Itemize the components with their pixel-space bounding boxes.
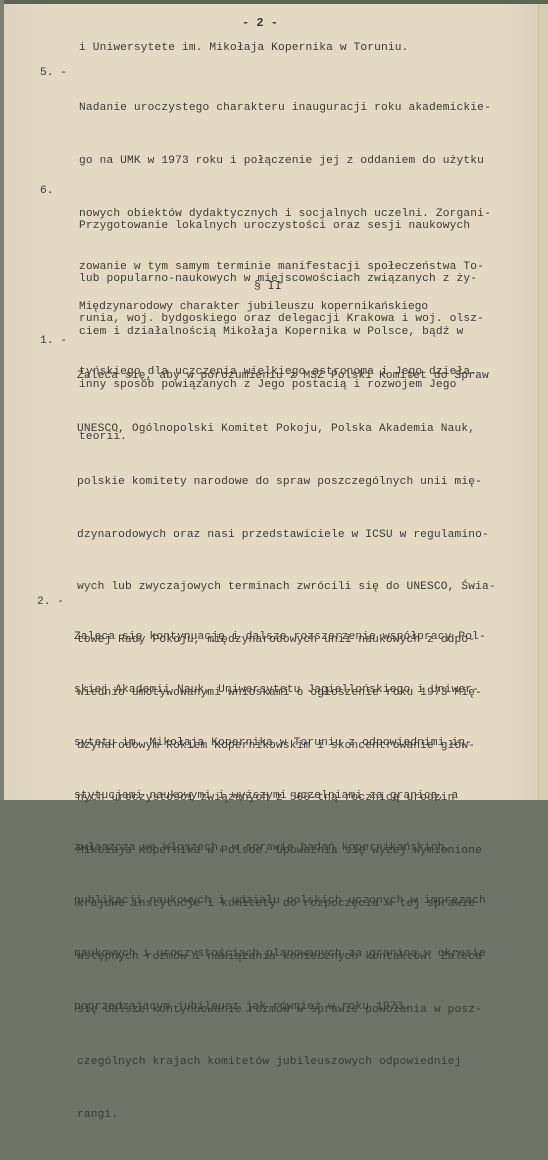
item-6-line: Przygotowanie lokalnych uroczystości ora… <box>79 218 477 236</box>
item-1-number: 1. - <box>40 335 67 347</box>
document-page: - 2 - i Uniwersytete im. Mikołaja Kopern… <box>4 4 548 800</box>
intro-line: i Uniwersytete im. Mikołaja Kopernika w … <box>79 40 408 58</box>
section-heading: Międzynarodowy charakter jubileuszu kope… <box>79 301 428 313</box>
section-symbol: § II <box>254 280 282 293</box>
page-edge <box>538 4 548 800</box>
item-2-line: Zaleca się kontynuację i dalsze rozszerz… <box>74 629 486 647</box>
item-2-text: Zaleca się kontynuację i dalsze rozszerz… <box>74 594 486 800</box>
item-5-line: Nadanie uroczystego charakteru inaugurac… <box>79 100 491 118</box>
item-5-number: 5. - <box>40 67 67 79</box>
item-1-line: polskie komitety narodowe do spraw poszc… <box>77 474 496 492</box>
item-1-line: UNESCO, Ogólnopolski Komitet Pokoju, Pol… <box>77 421 496 439</box>
item-2-line: skiej Akademii Nauk, Uniwersytetu Jagiel… <box>74 682 486 700</box>
item-2-line: stytucjami naukowymi i wyższymi uczelnia… <box>74 788 486 800</box>
item-2-line: sytetu im. Mikołaja Kopernika w Toruniu … <box>74 735 486 753</box>
item-1-line: dzynarodowych oraz nasi przedstawiciele … <box>77 527 496 545</box>
item-1-line: Zaleca się, aby w porozumieniu z MSZ Pol… <box>77 368 496 386</box>
item-5-line: go na UMK w 1973 roku i połączenie jej z… <box>79 153 491 171</box>
page-number: - 2 - <box>242 16 278 30</box>
item-2-number: 2. - <box>37 596 64 608</box>
item-6-number: 6. <box>40 185 53 197</box>
